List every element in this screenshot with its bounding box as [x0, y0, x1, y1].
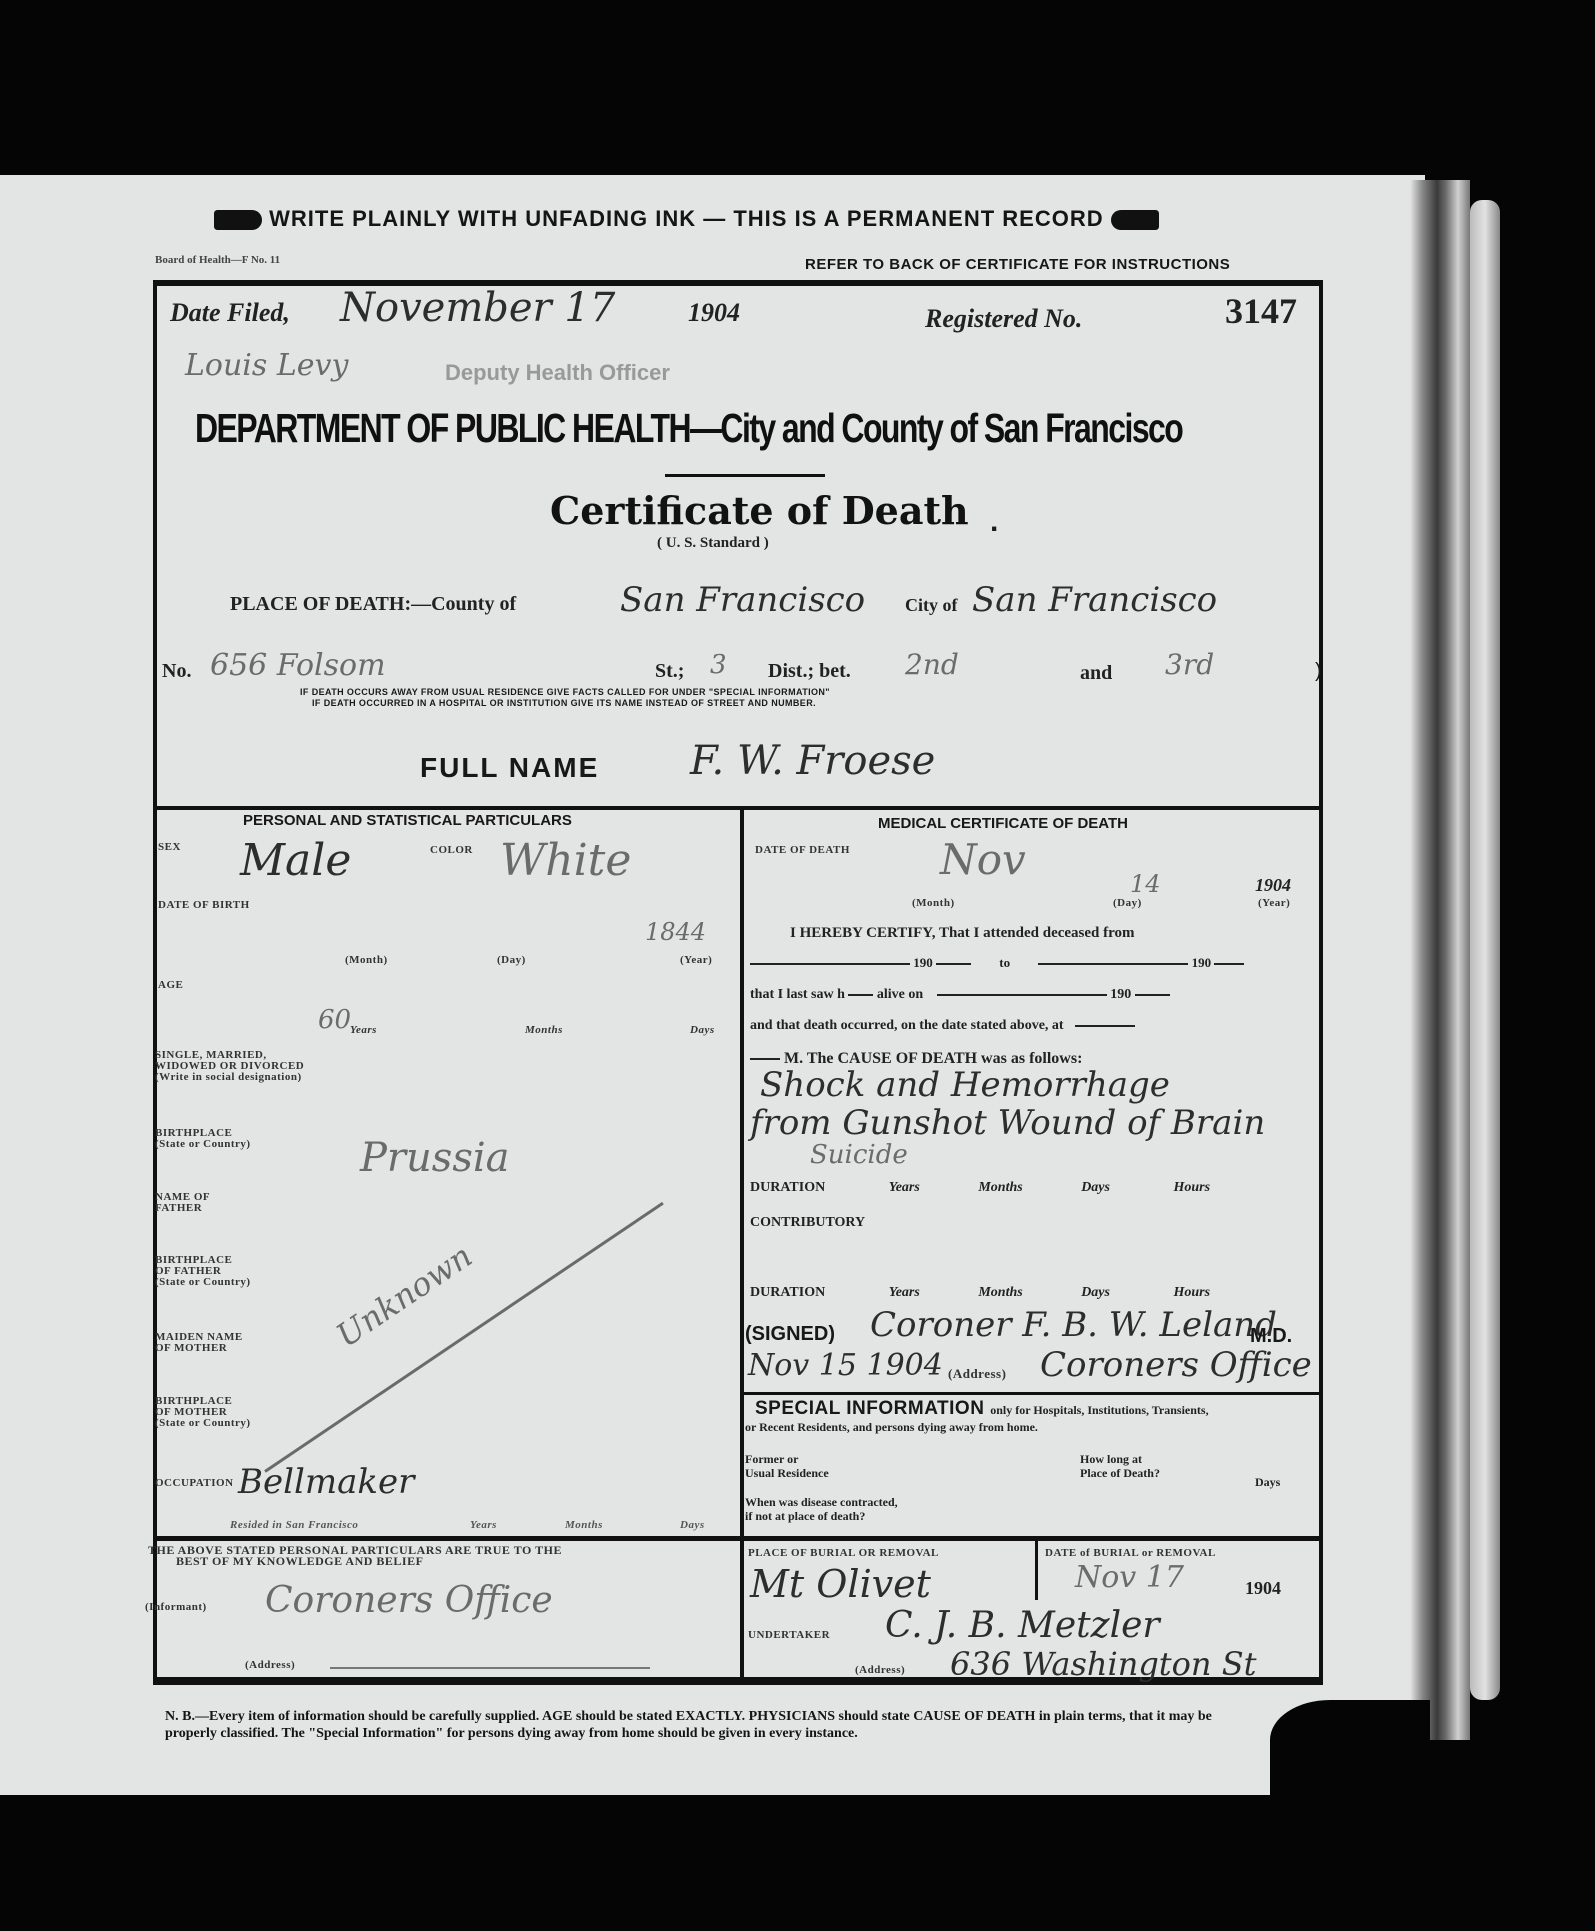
city-label: City of	[905, 595, 958, 616]
full-name-label: FULL NAME	[420, 752, 599, 784]
resided-months-label: Months	[565, 1520, 603, 1531]
informant-address-line	[330, 1667, 650, 1669]
occupation-label: OCCUPATION	[155, 1478, 234, 1489]
personal-heading: PERSONAL AND STATISTICAL PARTICULARS	[243, 812, 572, 829]
last-saw-line: that I last saw h alive on 190	[750, 987, 1170, 1003]
dob-day-label: (Day)	[497, 955, 526, 966]
us-standard-label: ( U. S. Standard )	[657, 535, 769, 552]
section-rule	[153, 806, 1323, 810]
informant-label: (Informant)	[145, 1602, 207, 1613]
father-name-label: NAME OF FATHER	[155, 1192, 210, 1214]
page-curl-shadow	[1270, 1700, 1430, 1800]
how-long-label: How long at Place of Death?	[1080, 1452, 1160, 1480]
dod-month-label: (Month)	[912, 898, 955, 909]
officer-title: Deputy Health Officer	[445, 360, 670, 386]
dob-label: DATE OF BIRTH	[158, 900, 250, 911]
warning-banner: WRITE PLAINLY WITH UNFADING INK — THIS I…	[214, 206, 1159, 232]
place-of-death-label: PLACE OF DEATH:—County of	[230, 593, 516, 616]
burial-place-value: Mt Olivet	[750, 1562, 931, 1606]
form-number: Board of Health—F No. 11	[155, 254, 280, 266]
and-label: and	[1080, 662, 1112, 685]
undertaker-address-value: 636 Washington St	[950, 1645, 1256, 1683]
death-occurred-line: and that death occurred, on the date sta…	[750, 1018, 1135, 1034]
st-label: St.;	[655, 660, 684, 683]
duration-row-1: DURATION Years Months Days Hours	[750, 1180, 1210, 1196]
how-long-days-label: Days	[1255, 1475, 1280, 1490]
binding-spine	[1410, 180, 1470, 1740]
full-name-value: F. W. Froese	[690, 738, 935, 784]
street-no-label: No.	[162, 660, 191, 683]
occupation-value: Bellmaker	[238, 1462, 414, 1502]
signed-by-value: Coroner F. B. W. Leland	[870, 1305, 1277, 1345]
age-years-label: Years	[350, 1025, 377, 1036]
between-street-2: 3rd	[1165, 648, 1214, 681]
undertaker-address-label: (Address)	[855, 1665, 905, 1676]
former-residence-label: Former or Usual Residence	[745, 1452, 829, 1480]
birthplace-value: Prussia	[360, 1135, 510, 1181]
department-title: DEPARTMENT OF PUBLIC HEALTH—City and Cou…	[195, 405, 1182, 452]
age-years-value: 60	[318, 1005, 351, 1035]
informant-value: Coroners Office	[265, 1580, 553, 1621]
undertaker-label: UNDERTAKER	[748, 1630, 830, 1641]
dob-year-label: (Year)	[680, 955, 712, 966]
dod-month-value: Nov	[940, 835, 1026, 884]
mother-birthplace-label: BIRTHPLACE OF MOTHER (State or Country)	[155, 1396, 251, 1429]
marital-label: SINGLE, MARRIED, WIDOWED OR DIVORCED (Wr…	[155, 1050, 304, 1083]
sex-value: Male	[240, 835, 351, 886]
city-value: San Francisco	[972, 580, 1217, 620]
signer-address-value: Coroners Office	[1040, 1345, 1312, 1385]
contributory-label: CONTRIBUTORY	[750, 1215, 865, 1231]
burial-year-value: 1904	[1245, 1578, 1281, 1599]
pointing-hand-icon	[1111, 210, 1159, 230]
dod-year-label: (Year)	[1258, 898, 1290, 909]
special-rule	[742, 1392, 1322, 1395]
burial-date-value: Nov 17	[1075, 1560, 1184, 1595]
resided-years-label: Years	[470, 1520, 497, 1531]
informant-statement: THE ABOVE STATED PERSONAL PARTICULARS AR…	[148, 1545, 562, 1567]
disease-contracted-label: When was disease contracted, if not at p…	[745, 1495, 898, 1523]
signed-date-value: Nov 15 1904	[748, 1348, 943, 1383]
street-value: 656 Folsom	[210, 648, 386, 683]
burial-divider	[1035, 1540, 1038, 1600]
father-birthplace-label: BIRTHPLACE OF FATHER (State or Country)	[155, 1255, 251, 1288]
st-value: 3	[710, 650, 727, 680]
residence-instructions: IF DEATH OCCURS AWAY FROM USUAL RESIDENC…	[300, 687, 830, 709]
informant-address-label: (Address)	[245, 1660, 295, 1671]
special-subheading: or Recent Residents, and persons dying a…	[745, 1420, 1038, 1435]
cause-line-2: from Gunshot Wound of Brain	[750, 1103, 1265, 1143]
age-days-label: Days	[690, 1025, 715, 1036]
registered-label: Registered No.	[925, 304, 1082, 334]
date-filed-year: 1904	[688, 298, 740, 328]
color-label: COLOR	[430, 845, 473, 856]
signer-address-label: (Address)	[948, 1368, 1006, 1379]
birthplace-label: BIRTHPLACE (State or Country)	[155, 1128, 251, 1150]
date-filed-label: Date Filed,	[170, 298, 290, 328]
dod-day-label: (Day)	[1113, 898, 1142, 909]
color-value: White	[500, 835, 631, 886]
burial-date-label: DATE of BURIAL or REMOVAL	[1045, 1548, 1216, 1559]
burial-place-label: PLACE OF BURIAL OR REMOVAL	[748, 1548, 939, 1559]
between-street-1: 2nd	[905, 648, 959, 681]
title-rule	[665, 474, 825, 477]
refer-note: REFER TO BACK OF CERTIFICATE FOR INSTRUC…	[805, 256, 1230, 273]
cause-line-3: Suicide	[810, 1140, 908, 1170]
dob-year-value: 1844	[645, 918, 706, 946]
title-dot: .	[990, 505, 998, 539]
certificate-title: Certificate of Death	[550, 488, 969, 533]
resided-days-label: Days	[680, 1520, 705, 1531]
duration-row-2: DURATION Years Months Days Hours	[750, 1285, 1210, 1301]
undertaker-value: C. J. B. Metzler	[885, 1605, 1160, 1646]
warning-text: WRITE PLAINLY WITH UNFADING INK — THIS I…	[269, 206, 1104, 231]
medical-heading: MEDICAL CERTIFICATE OF DEATH	[878, 815, 1128, 832]
pointing-hand-icon	[214, 210, 262, 230]
sex-label: SEX	[158, 842, 181, 853]
county-value: San Francisco	[620, 580, 865, 620]
dod-day-value: 14	[1130, 870, 1161, 898]
attended-range: 190 to 190	[750, 955, 1244, 971]
district-label: Dist.; bet.	[768, 660, 851, 683]
column-divider	[740, 808, 744, 1678]
binding-edge	[1470, 200, 1500, 1700]
special-heading: SPECIAL INFORMATION only for Hospitals, …	[755, 1398, 1209, 1420]
cause-line-1: Shock and Hemorrhage	[760, 1065, 1170, 1105]
age-label: AGE	[158, 980, 183, 991]
footnote: N. B.—Every item of information should b…	[165, 1708, 1225, 1742]
dod-year-value: 1904	[1255, 875, 1291, 896]
certify-text: I HEREBY CERTIFY, That I attended deceas…	[790, 925, 1135, 942]
date-of-death-label: DATE OF DEATH	[755, 845, 850, 856]
close-paren: )	[1315, 660, 1322, 683]
mother-maiden-label: MAIDEN NAME OF MOTHER	[155, 1332, 243, 1354]
age-months-label: Months	[525, 1025, 563, 1036]
date-filed-value: November 17	[340, 285, 615, 331]
registered-number: 3147	[1225, 290, 1297, 332]
resided-label: Resided in San Francisco	[230, 1520, 358, 1531]
informant-rule	[153, 1536, 1323, 1541]
dob-month-label: (Month)	[345, 955, 388, 966]
signed-label: (SIGNED)	[745, 1323, 835, 1346]
officer-signature: Louis Levy	[185, 348, 348, 383]
